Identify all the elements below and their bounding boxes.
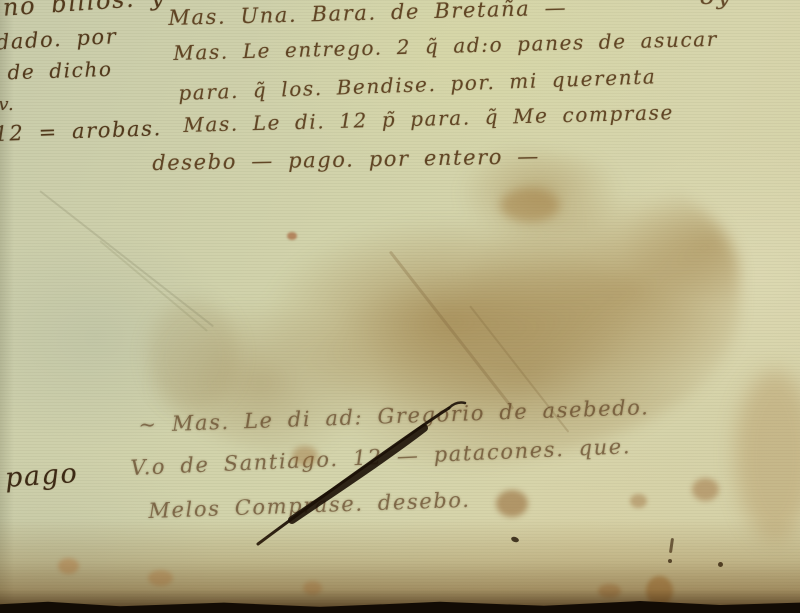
stain-spot	[148, 300, 238, 410]
stain-spot	[646, 576, 673, 606]
manuscript-page-photo: 8 no billos. y hadado. por ta. de dicho …	[0, 0, 800, 613]
stain-spot	[303, 581, 322, 595]
stain-spot	[630, 494, 647, 508]
stain-spot	[500, 188, 560, 222]
handwritten-line: V.o de Santiago. 12 — patacones. que.	[130, 434, 632, 480]
ink-speck	[718, 562, 723, 567]
bottom-page-edge	[0, 597, 800, 613]
ink-speck	[668, 559, 672, 563]
stain-spot	[58, 558, 79, 574]
corner-writing-fragment: 8y	[700, 0, 732, 10]
left-edge-shadow	[0, 0, 14, 613]
right-edge-stain	[735, 370, 800, 540]
handwritten-line: av.	[0, 94, 15, 115]
margin-note-pago: pago	[4, 458, 79, 494]
handwritten-line: 8 no billos. y	[0, 0, 166, 24]
stain-spot	[598, 584, 621, 598]
stain-spot	[496, 490, 528, 517]
handwritten-line: Mas. Una. Bara. de Bretaña —	[168, 0, 568, 30]
handwritten-line: Melos Comprase. desebo.	[148, 488, 471, 523]
handwritten-line: Mas. Le entrego. 2 q̃ ad:o panes de asuc…	[173, 27, 718, 65]
scratch-mark	[99, 240, 208, 332]
stain-spot	[148, 570, 173, 586]
handwritten-line: Mas. Le di. 12 p̃ para. q̃ Me comprase	[183, 100, 674, 137]
handwritten-line: hadado. por	[0, 24, 118, 56]
handwritten-line: ta. de dicho	[0, 57, 113, 86]
handwritten-line: desebo — pago. por entero —	[152, 144, 540, 175]
handwritten-line: ~ Mas. Le di ad: Gregorio de asebedo.	[138, 395, 650, 437]
scratch-mark	[39, 190, 214, 327]
handwritten-line: 12 = arobas.	[0, 116, 162, 146]
stain-spot	[692, 478, 719, 501]
bottom-edge-shadow	[0, 518, 800, 613]
ink-speck	[510, 536, 519, 543]
ink-speck	[669, 538, 674, 553]
stain-spot	[287, 232, 297, 240]
scratch-mark	[389, 251, 514, 410]
handwritten-line: para. q̃ los. Bendise. por. mi querenta	[178, 64, 657, 105]
